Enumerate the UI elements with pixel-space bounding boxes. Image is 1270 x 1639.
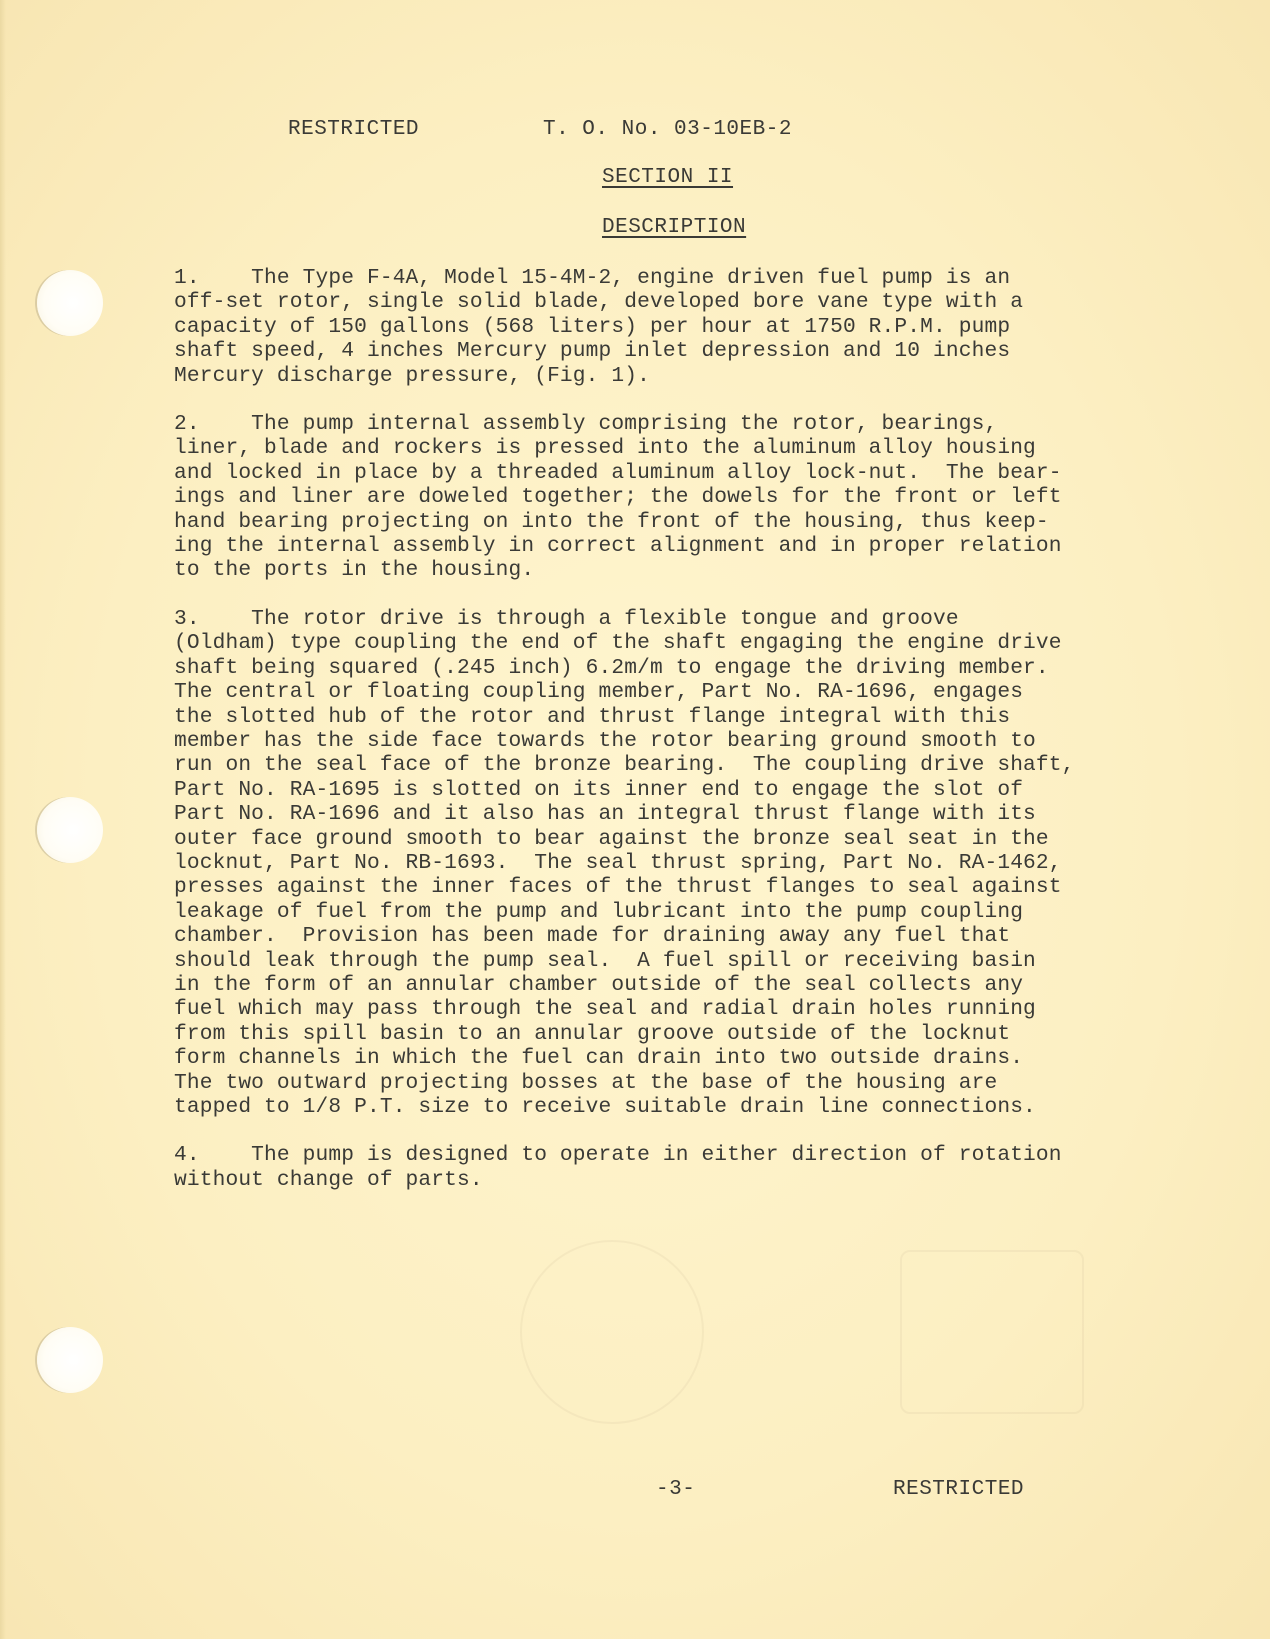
text-line: leakage of fuel from the pump and lubric… [174,900,1214,924]
text-line: Part No. RA-1696 and it also has an inte… [174,802,1214,826]
text-line: the slotted hub of the rotor and thrust … [174,705,1214,729]
document-number: T. O. No. 03-10EB-2 [543,118,792,141]
text-line: liner, blade and rockers is pressed into… [174,436,1214,460]
text-line: Part No. RA-1695 is slotted on its inner… [174,778,1214,802]
paragraph-3: 3. The rotor drive is through a flexible… [174,607,1214,1120]
text-line: fuel which may pass through the seal and… [174,997,1214,1021]
text-line: and locked in place by a threaded alumin… [174,461,1214,485]
text-line: shaft being squared (.245 inch) 6.2m/m t… [174,656,1214,680]
text-line: shaft speed, 4 inches Mercury pump inlet… [174,339,1214,363]
section-title: DESCRIPTION [602,216,746,239]
paragraph-1: 1. The Type F-4A, Model 15-4M-2, engine … [174,266,1214,388]
text-line: locknut, Part No. RB-1693. The seal thru… [174,851,1214,875]
text-line: 2. The pump internal assembly comprising… [174,412,1214,436]
text-line: 1. The Type F-4A, Model 15-4M-2, engine … [174,266,1214,290]
text-line: capacity of 150 gallons (568 liters) per… [174,315,1214,339]
page-edge-shadow [0,0,6,1639]
text-line: off-set rotor, single solid blade, devel… [174,290,1214,314]
text-line: in the form of an annular chamber outsid… [174,973,1214,997]
text-line: ings and liner are doweled together; the… [174,485,1214,509]
punch-hole-bottom [37,1327,103,1393]
text-line: to the ports in the housing. [174,558,1214,582]
text-line: chamber. Provision has been made for dra… [174,924,1214,948]
text-line: run on the seal face of the bronze beari… [174,753,1214,777]
page-number: -3- [656,1478,695,1501]
paragraph-4: 4. The pump is designed to operate in ei… [174,1143,1214,1192]
text-line: without change of parts. [174,1168,1214,1192]
show-through-figure [520,1240,704,1424]
text-line: ing the internal assembly in correct ali… [174,534,1214,558]
text-line: Mercury discharge pressure, (Fig. 1). [174,364,1214,388]
text-line: The two outward projecting bosses at the… [174,1071,1214,1095]
footer-classification: RESTRICTED [893,1478,1024,1501]
document-body: 1. The Type F-4A, Model 15-4M-2, engine … [174,266,1214,1216]
text-line: hand bearing projecting on into the fron… [174,510,1214,534]
text-line: should leak through the pump seal. A fue… [174,949,1214,973]
document-page: RESTRICTED T. O. No. 03-10EB-2 SECTION I… [0,0,1270,1639]
text-line: presses against the inner faces of the t… [174,875,1214,899]
text-line: outer face ground smooth to bear against… [174,827,1214,851]
header-classification: RESTRICTED [288,118,419,141]
text-line: 4. The pump is designed to operate in ei… [174,1143,1214,1167]
text-line: tapped to 1/8 P.T. size to receive suita… [174,1095,1214,1119]
punch-hole-middle [37,797,103,863]
text-line: 3. The rotor drive is through a flexible… [174,607,1214,631]
text-line: (Oldham) type coupling the end of the sh… [174,631,1214,655]
text-line: member has the side face towards the rot… [174,729,1214,753]
text-line: The central or floating coupling member,… [174,680,1214,704]
text-line: from this spill basin to an annular groo… [174,1022,1214,1046]
show-through-figure-2 [900,1250,1084,1414]
punch-hole-top [37,270,103,336]
section-number: SECTION II [602,166,733,189]
text-line: form channels in which the fuel can drai… [174,1046,1214,1070]
paragraph-2: 2. The pump internal assembly comprising… [174,412,1214,583]
